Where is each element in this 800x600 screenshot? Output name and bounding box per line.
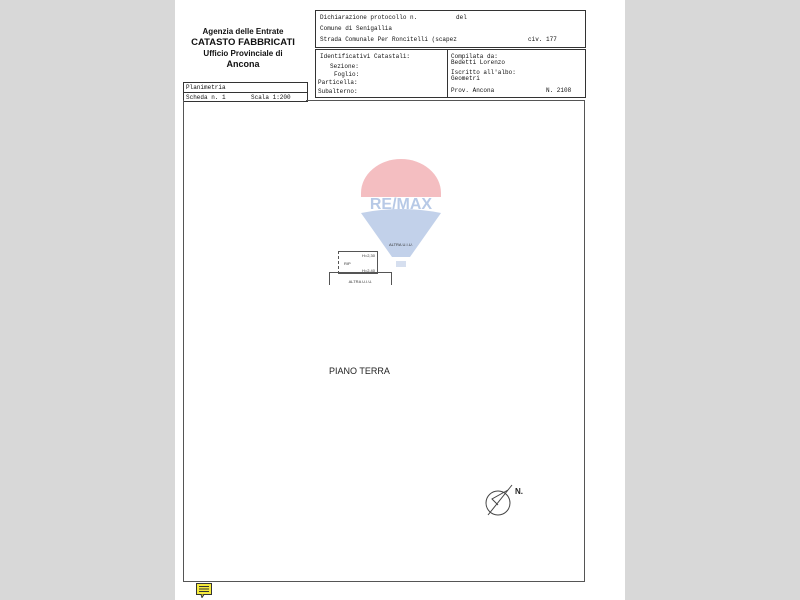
- register-number: N. 2108: [546, 87, 571, 94]
- street-number: civ. 177: [528, 36, 557, 43]
- protocol-label: Dichiarazione protocollo n.: [320, 14, 417, 21]
- north-arrow-icon: [484, 483, 516, 519]
- parcel-label: Particella:: [318, 79, 358, 86]
- section-label: Sezione:: [330, 63, 359, 70]
- sheet-label: Foglio:: [334, 71, 359, 78]
- annotation-note-icon[interactable]: [196, 583, 212, 598]
- room-label: RIP: [344, 261, 351, 266]
- cadastral-identifiers-box: Identificativi Catastali: Sezione: Fogli…: [315, 49, 586, 98]
- planimetria-title: Planimetria: [184, 83, 307, 92]
- floor-label: PIANO TERRA: [329, 366, 390, 376]
- declaration-box: Dichiarazione protocollo n. del Comune d…: [315, 10, 586, 48]
- municipality: Comune di Senigallia: [320, 25, 392, 32]
- date-label: del: [456, 14, 467, 21]
- office-label: Ufficio Provinciale di: [188, 48, 298, 59]
- frame-top-edge: [306, 100, 584, 101]
- agency-header: Agenzia delle Entrate CATASTO FABBRICATI…: [188, 26, 298, 70]
- address: Strada Comunale Per Roncitelli (scapez: [320, 36, 457, 43]
- identifiers-title: Identificativi Catastali:: [320, 53, 410, 60]
- room-height-top: H=2,30: [362, 253, 375, 258]
- office-city: Ancona: [188, 59, 298, 70]
- planimetria-box: Planimetria Scheda n. 1 Scala 1:200: [183, 82, 308, 102]
- register-value: Geometri: [451, 75, 480, 82]
- province: Prov. Ancona: [451, 87, 494, 94]
- storage-room: H=2,30 RIP H=2,40: [338, 251, 378, 274]
- north-label: N.: [515, 487, 523, 496]
- other-unit-upper-label: ALTRA U.I.U.: [389, 242, 413, 247]
- other-unit-lower: ALTRA U.I.U.: [329, 272, 392, 285]
- surveyor-name: Bedetti Lorenzo: [451, 59, 505, 66]
- registry-name: CATASTO FABBRICATI: [188, 37, 298, 48]
- subordinate-label: Subalterno:: [318, 88, 358, 95]
- other-unit-lower-label: ALTRA U.I.U.: [349, 279, 373, 284]
- agency-name: Agenzia delle Entrate: [188, 26, 298, 37]
